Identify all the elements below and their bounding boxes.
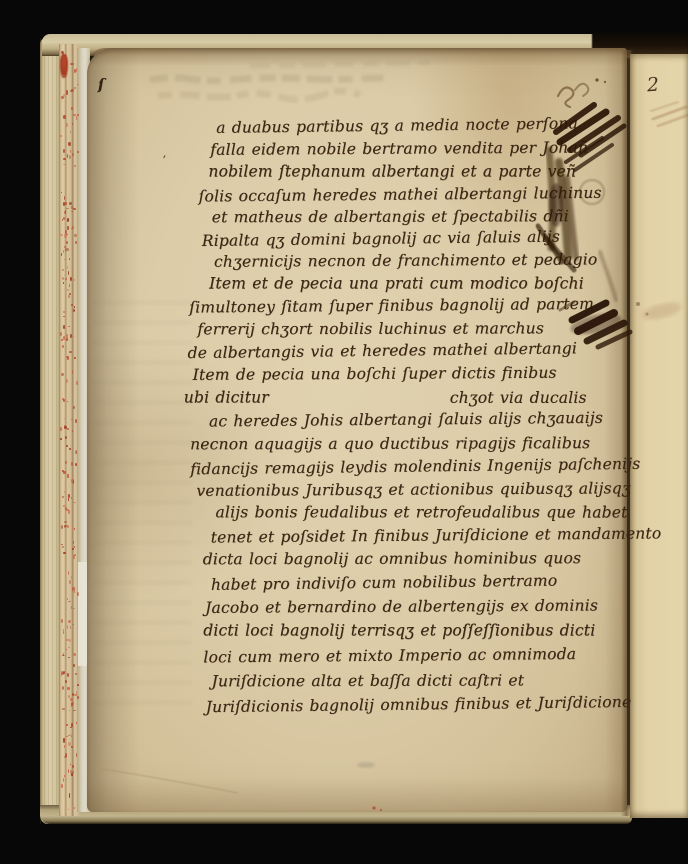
manuscript-line: dicta loci bagnolij ac omnibus hominibus… <box>203 549 581 568</box>
manuscript-line-text: de albertangis via et heredes mathei alb… <box>187 339 577 362</box>
manuscript-line-text: Juriſdicione alta et baſſa dicti caſtri … <box>211 671 524 690</box>
manuscript-line-text: tenet et poſsidet In finibus Juriſdicion… <box>211 524 662 546</box>
manuscript-line-text: et matheus de albertangis et ſpectabilis… <box>212 207 569 226</box>
manuscript-line: venationibus Juribusqʒ et actionibus qui… <box>196 479 631 500</box>
manuscript-photo: 2 ſ ’ a duabus partibus qʒ a media nocte… <box>0 0 688 864</box>
manuscript-line-text: Jacobo et bernardino de albertengijs ex … <box>205 596 598 616</box>
manuscript-line-text: dicti loci bagnolij terrisqʒ et poſſeſſi… <box>203 622 595 640</box>
manuscript-line: et matheus de albertangis et ſpectabilis… <box>212 207 569 226</box>
manuscript-line: Juriſdicione alta et baſſa dicti caſtri … <box>211 671 524 690</box>
manuscript-line: ferrerij chʒort nobilis luchinus et marc… <box>197 319 544 338</box>
manuscript-line: Item et de pecia una prati cum modico bo… <box>209 275 584 293</box>
manuscript-line: Ripalta qʒ domini bagnolij ac via ſaluis… <box>202 228 560 250</box>
manuscript-line: a duabus partibus qʒ a media nocte perſo… <box>216 114 578 136</box>
manuscript-line: Item de pecia una boſchi ſuper dictis fi… <box>193 364 557 384</box>
quire-signature-mark: ſ <box>98 75 105 93</box>
manuscript-line-text: ſimultoney ſitam ſuper finibus bagnolij … <box>189 295 594 317</box>
manuscript-line-text: a duabus partibus qʒ a media nocte perſo… <box>216 114 578 136</box>
manuscript-line: Juriſdicionis bagnolij omnibus finibus e… <box>206 693 632 716</box>
manuscript-line-text: dicta loci bagnolij ac omnibus hominibus… <box>203 549 581 568</box>
manuscript-line-text: habet pro indiviſo cum nobilibus bertram… <box>211 572 558 594</box>
margin-apostrophe-mark: ’ <box>162 153 166 167</box>
manuscript-line: Jacobo et bernardino de albertengijs ex … <box>205 596 598 616</box>
manuscript-line-text: Juriſdicionis bagnolij omnibus finibus e… <box>206 693 632 716</box>
manuscript-line: habet pro indiviſo cum nobilibus bertram… <box>211 572 558 594</box>
manuscript-line-text: chʒernicijs necnon de franchimento et pe… <box>214 250 598 270</box>
manuscript-line-text: Item et de pecia una prati cum modico bo… <box>209 275 584 293</box>
manuscript-line: ſimultoney ſitam ſuper finibus bagnolij … <box>189 295 594 317</box>
manuscript-line: alijs bonis feudalibus et retrofeudalibu… <box>215 503 627 521</box>
manuscript-line-text: venationibus Juribusqʒ et actionibus qui… <box>196 479 631 500</box>
manuscript-line-text: Ripalta qʒ domini bagnolij ac via ſaluis… <box>202 228 560 250</box>
manuscript-line-text: Item de pecia una boſchi ſuper dictis fi… <box>193 364 557 384</box>
manuscript-line-text: falla eidem nobile bertramo vendita per … <box>210 139 588 159</box>
manuscript-line-text: loci cum mero et mixto Imperio ac omnimo… <box>203 645 576 666</box>
manuscript-line: nobilem ſtephanum albertangi et a parte … <box>208 163 576 181</box>
manuscript-line: ac heredes Johis albertangi ſaluis alijs… <box>209 409 603 431</box>
manuscript-line-text: fidancijs remagijs leydis molendinis Ing… <box>190 455 640 479</box>
manuscript-line: chʒernicijs necnon de franchimento et pe… <box>214 250 598 270</box>
manuscript-line-text: necnon aquagijs a quo ductibus ripagijs … <box>190 434 590 453</box>
manuscript-line-text: chʒot via ducalis <box>450 389 587 407</box>
manuscript-line: necnon aquagijs a quo ductibus ripagijs … <box>190 434 590 453</box>
manuscript-line: ubi diciturchʒot via ducalis <box>184 389 269 407</box>
manuscript-line-text: ubi dicitur <box>184 389 269 407</box>
manuscript-line: loci cum mero et mixto Imperio ac omnimo… <box>203 645 576 666</box>
manuscript-line: dicti loci bagnolij terrisqʒ et poſſeſſi… <box>203 622 595 640</box>
manuscript-line: ſolis occaſum heredes mathei albertangi … <box>198 184 601 206</box>
manuscript-line-text: nobilem ſtephanum albertangi et a parte … <box>208 163 576 181</box>
manuscript-line: falla eidem nobile bertramo vendita per … <box>210 139 588 159</box>
manuscript-line-text: ferrerij chʒort nobilis luchinus et marc… <box>197 319 544 338</box>
manuscript-line-text: ſolis occaſum heredes mathei albertangi … <box>198 184 601 206</box>
manuscript-line-text: ac heredes Johis albertangi ſaluis alijs… <box>209 409 603 431</box>
manuscript-line-text: alijs bonis feudalibus et retrofeudalibu… <box>215 503 627 521</box>
manuscript-line: de albertangis via et heredes mathei alb… <box>187 339 577 362</box>
manuscript-text-block: ſ ’ a duabus partibus qʒ a media nocte p… <box>0 0 688 864</box>
manuscript-line: tenet et poſsidet In finibus Juriſdicion… <box>211 524 662 546</box>
manuscript-line: fidancijs remagijs leydis molendinis Ing… <box>190 455 640 479</box>
